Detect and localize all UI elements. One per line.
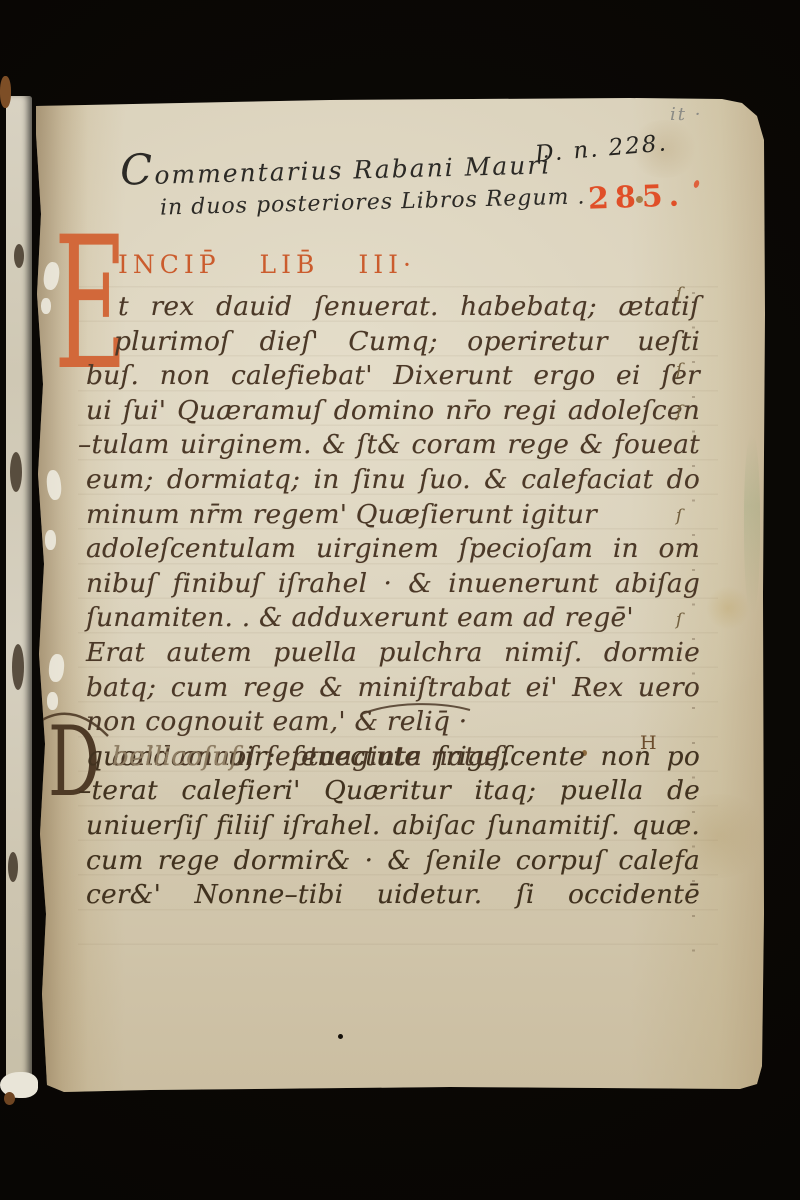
marginal-s-mark: ſ (676, 610, 682, 630)
text-line: –tulam uirginem. & ſt& coram rege & foue… (78, 428, 700, 463)
ink-dot (338, 1034, 343, 1039)
marginal-s-mark: ſ (676, 402, 682, 422)
red-fleck (693, 179, 700, 188)
sewing-gap (12, 644, 24, 690)
text-line: batq; cum rege & miniſtrabat ei' Rex uer… (86, 671, 700, 706)
repair-patch (45, 530, 56, 550)
binding-stain (4, 1092, 15, 1105)
text-line: uniuerſiſ filiiſ iſrahel. abiſac ſunamit… (86, 809, 700, 844)
green-stain (744, 434, 760, 614)
text-line: ui ſui' Quæramuſ domino nr̄o regi adoleſ… (86, 394, 700, 429)
marginal-s-mark: ſ (676, 506, 682, 526)
marginal-s-mark: ſ (676, 284, 682, 304)
sewing-gap (14, 244, 24, 268)
ownership-title-line1: Commentarius Rabani Mauri (119, 134, 551, 194)
text-line: cer&' Nonne–tibi uidetur. ſi occidentē (86, 878, 700, 913)
faded-word: bellicoſuſ (112, 740, 240, 775)
text-line: t rex dauid ſenuerat. habebatq; ætatiſ (86, 290, 700, 325)
text-line: plurimoſ dieſ' Cumq; operiretur ueſti (86, 325, 700, 360)
text-line: nibuſ finibuſ iſrahel · & inuenerunt abi… (86, 567, 700, 602)
text-line: adoleſcentulam uirginem ſpecioſam in om (86, 532, 700, 567)
yellow-stain (706, 586, 750, 630)
edge-notch (34, 954, 40, 970)
marginal-s-mark: ſ (676, 360, 682, 380)
text-line: cum rege dormir& · & ſenile corpuſ calef… (86, 844, 700, 879)
edge-notch (35, 606, 41, 622)
text-line: eum; dormiatq; in ſinu ſuo. & calefaciat… (86, 463, 700, 498)
text-line: buſ. non calefiebat' Dixerunt ergo ei ſe… (86, 359, 700, 394)
sewing-gap (8, 852, 18, 882)
text-block: t rex dauid ſenuerat. habebatq; ætatiſ p… (86, 290, 700, 913)
binding-tab (0, 76, 11, 108)
book-binding-edge (6, 96, 32, 1092)
sewing-gap (10, 452, 22, 492)
edge-notch (33, 234, 39, 250)
photo-backdrop: it · Commentarius Rabani Mauri in duos p… (0, 0, 800, 1200)
pencil-foliation: it · (670, 104, 702, 125)
repair-patch (41, 298, 51, 314)
text-line: minum nr̄m regem' Quæſierunt igitur (86, 498, 700, 533)
text-line: non cognouit eam,' & reliq̄ · (86, 705, 700, 740)
rubric-incipit: INCIP̄ LIB̄ III· (118, 250, 416, 279)
text-line: Erat autem puella pulchra nimiſ. dormie (86, 636, 700, 671)
red-shelfmark: 285. (587, 178, 685, 216)
text-line: –terat calefieri' Quæritur itaq; puella … (78, 774, 700, 809)
text-line: ſunamiten. . & adduxerunt eam ad regē' (86, 601, 700, 636)
marginal-h-mark: H (640, 732, 657, 754)
edge-notch (32, 789, 38, 805)
manuscript-page: it · Commentarius Rabani Mauri in duos p… (30, 94, 766, 1093)
